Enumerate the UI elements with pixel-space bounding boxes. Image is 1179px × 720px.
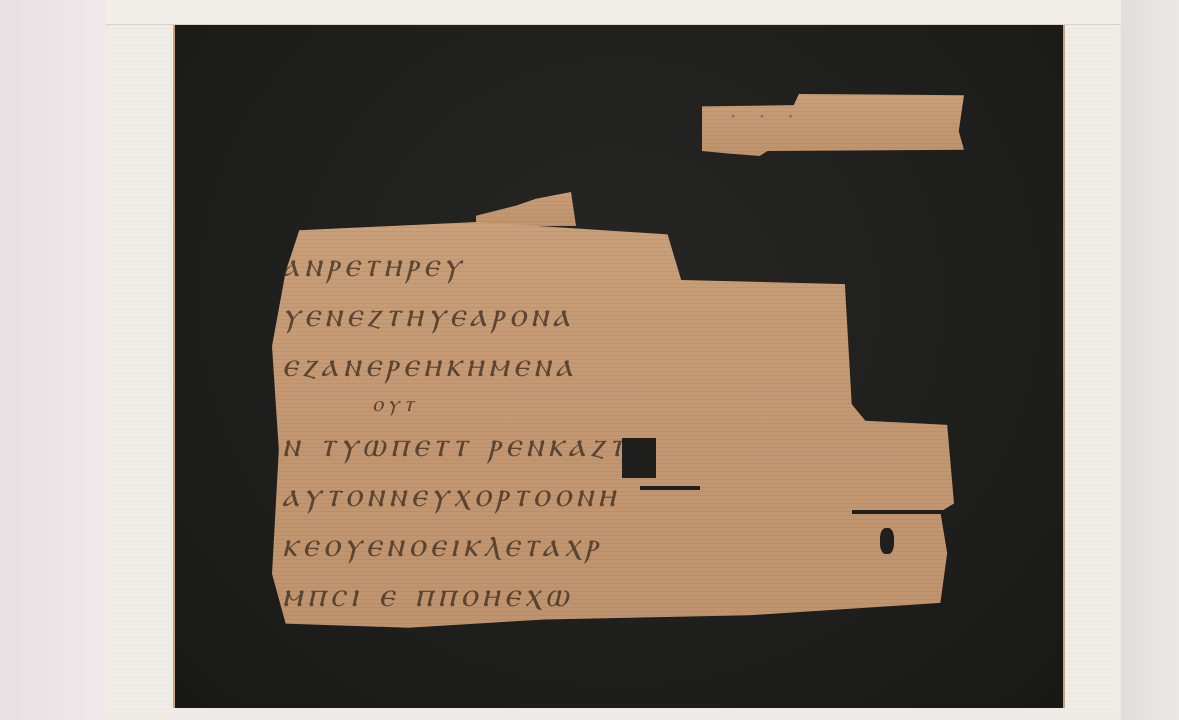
wall-background-right xyxy=(1121,0,1179,720)
text-line: ⲙⲡⲥⲓ ⲉ ⲡⲡⲟⲏⲉⲭⲱ xyxy=(282,570,962,620)
small-fragment-text: · · · xyxy=(730,104,802,128)
text-line: ⲉⲍⲁⲛⲉⲣⲉⲏⲕⲏⲙⲉⲛⲁ xyxy=(282,340,962,390)
papyrus-hole xyxy=(880,528,894,554)
text-line: ⲁⲛⲣⲉⲧⲏⲣⲉⲩ xyxy=(282,240,962,290)
text-line: ⲟⲩⲧ xyxy=(282,390,962,420)
frame-top-edge xyxy=(106,0,1121,25)
papyrus-crack xyxy=(852,510,952,514)
text-line: ⲩⲉⲛⲉⲍⲧⲏⲩⲉⲁⲣⲟⲛⲁ xyxy=(282,290,962,340)
text-line: ⲕⲉⲟⲩⲉⲛⲟⲉⲓⲕⲗⲉⲧⲁⲭⲣ xyxy=(282,520,962,570)
wall-background xyxy=(0,0,108,720)
papyrus-hole xyxy=(622,438,656,478)
papyrus-text: ⲁⲛⲣⲉⲧⲏⲣⲉⲩ ⲩⲉⲛⲉⲍⲧⲏⲩⲉⲁⲣⲟⲛⲁ ⲉⲍⲁⲛⲉⲣⲉⲏⲕⲏⲙⲉⲛⲁ … xyxy=(282,240,962,620)
papyrus-crack xyxy=(640,486,700,490)
